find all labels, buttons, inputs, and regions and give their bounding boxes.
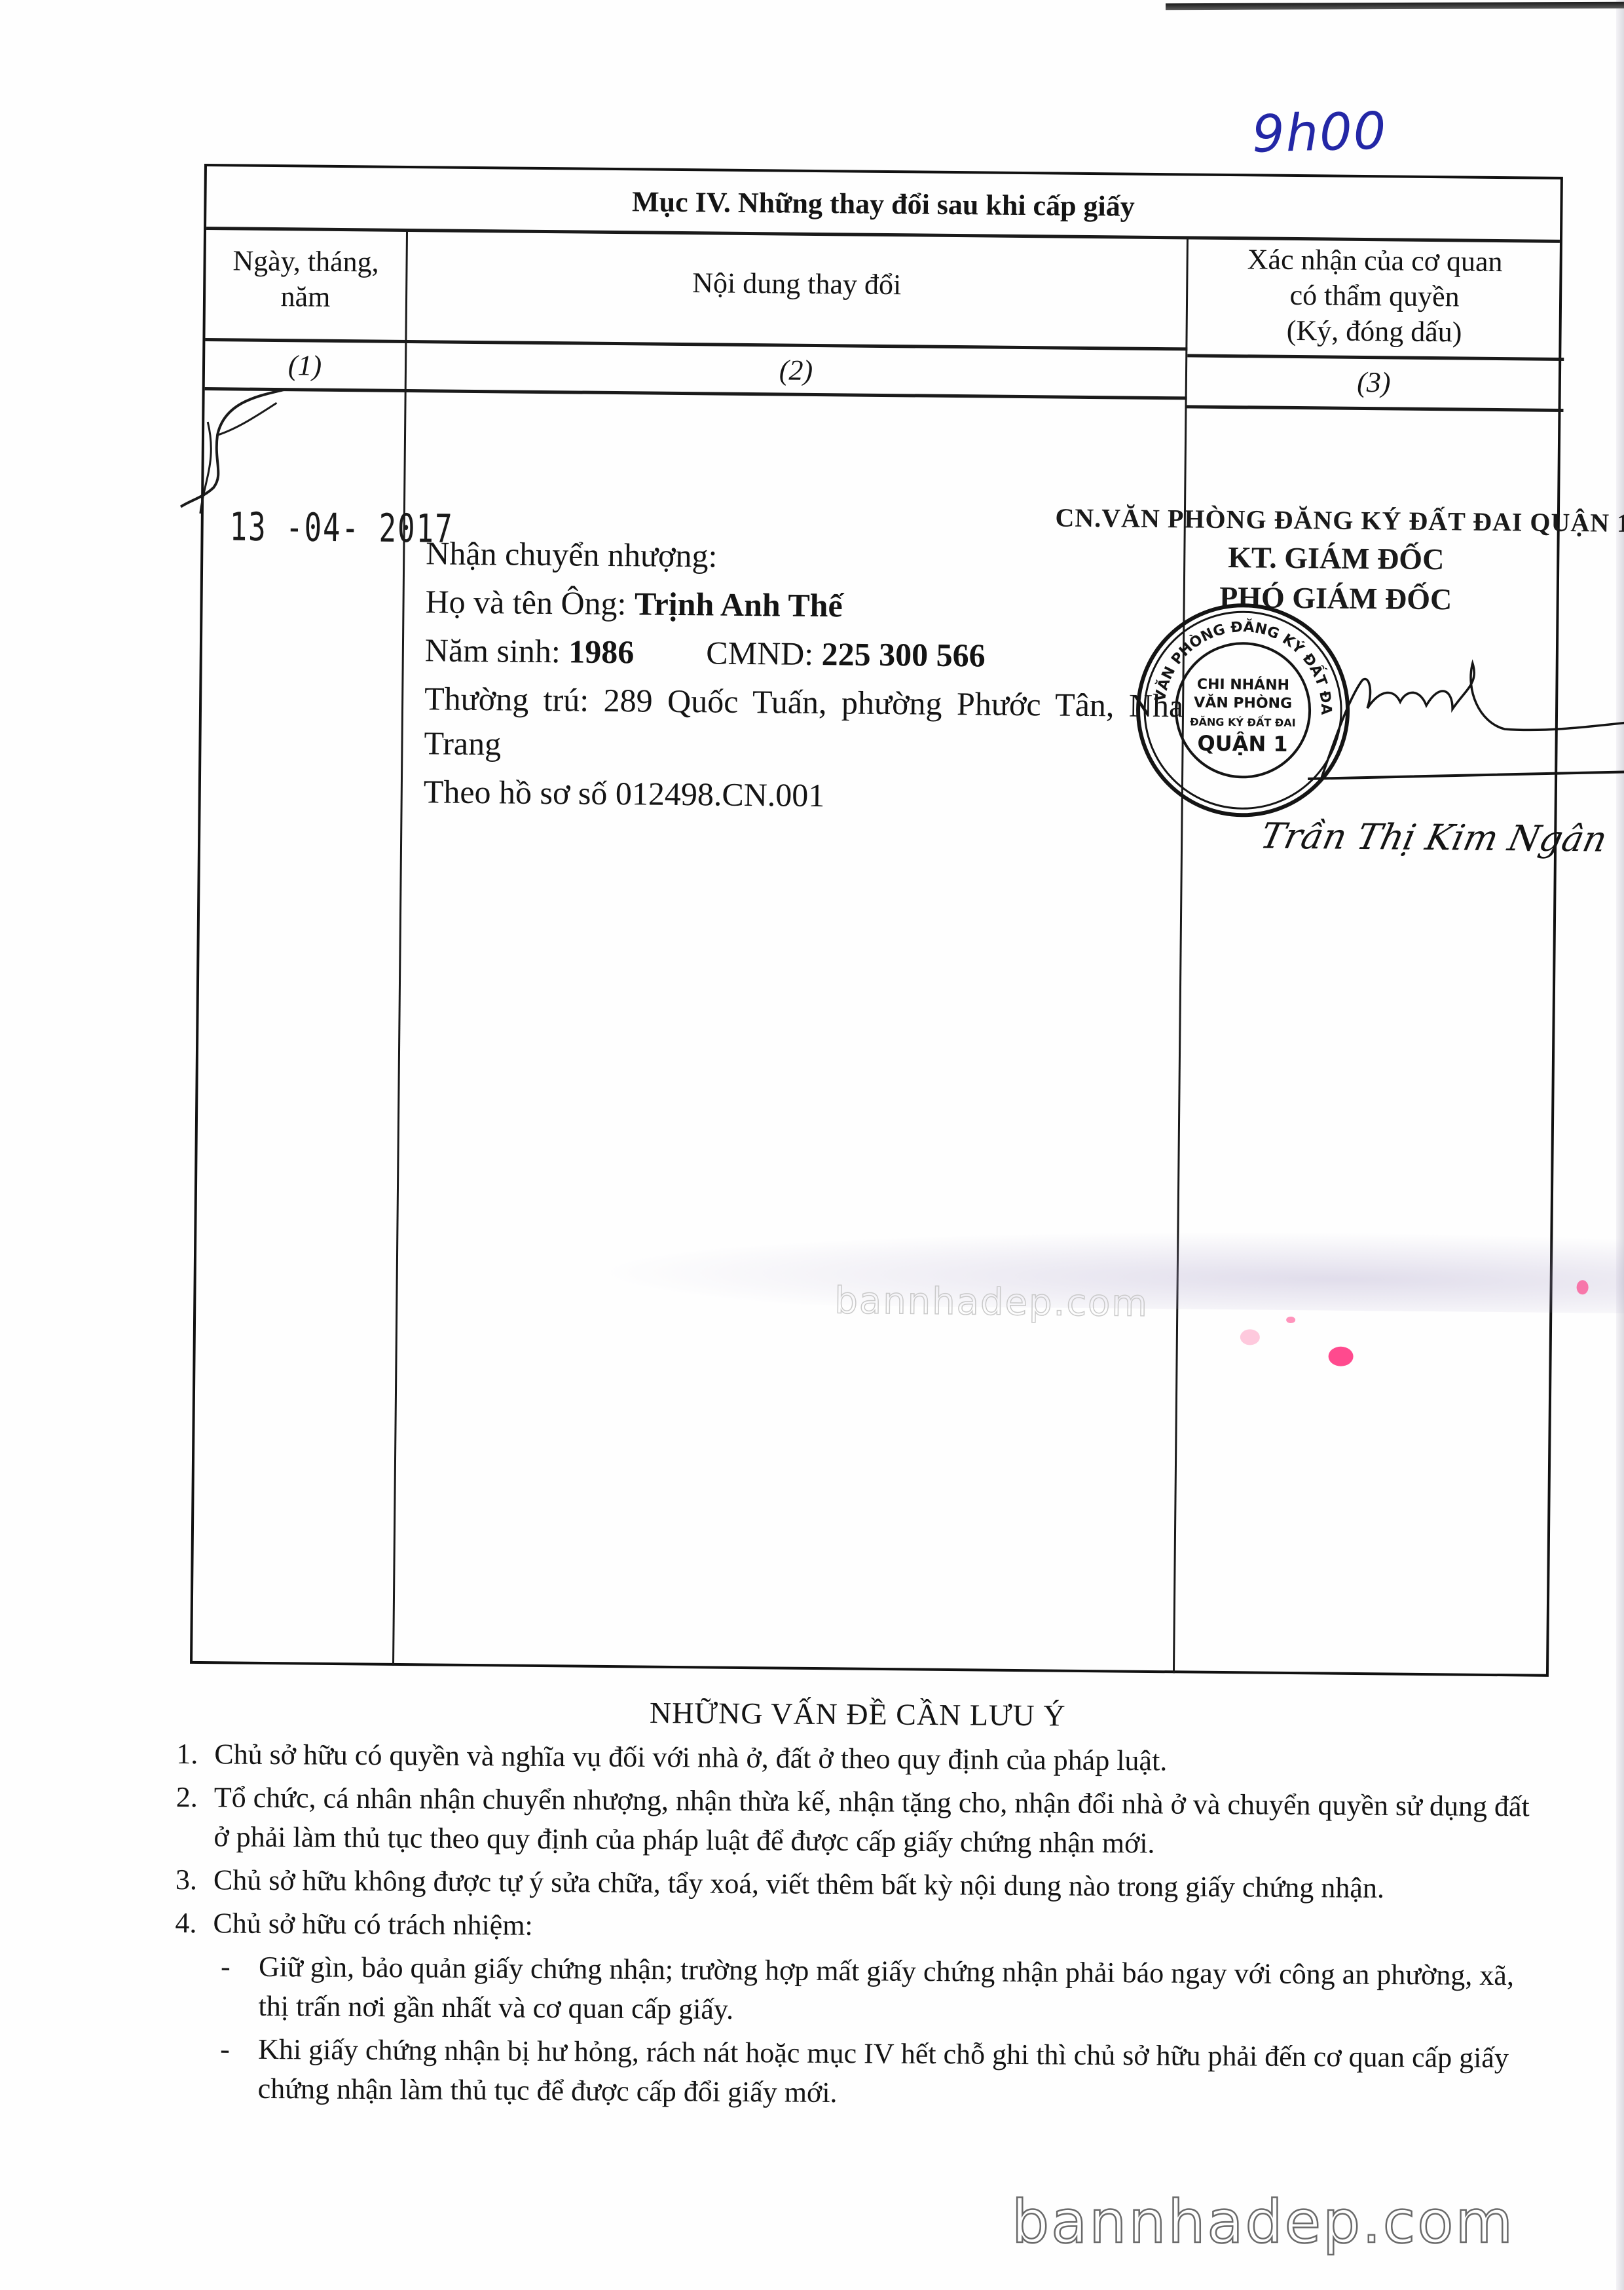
notes-item: 2. Tổ chức, cá nhân nhận chuyển nhượng, … (175, 1778, 1538, 1866)
changes-table: Mục IV. Những thay đổi sau khi cấp giấy … (190, 164, 1563, 1683)
notes-heading: NHỮNG VẤN ĐỀ CẦN LƯU Ý (177, 1690, 1539, 1739)
seal-inner-line: ĐĂNG KÝ ĐẤT ĐAI (1190, 714, 1296, 729)
notes-subitem-text: Khi giấy chứng nhận bị hư hỏng, rách nát… (258, 2030, 1537, 2118)
seal-inner-line: QUẬN 1 (1197, 731, 1287, 757)
column-number: (1) (205, 341, 405, 389)
seal-inner-line: VĂN PHÒNG (1194, 694, 1292, 712)
column-header-confirmation: Xác nhận của cơ quan có thẩm quyền (Ký, … (1187, 239, 1562, 352)
authority-role-1: KT. GIÁM ĐỐC (1041, 538, 1624, 578)
notes-item: 1. Chủ sở hữu có quyền và nghĩa vụ đối v… (176, 1735, 1538, 1784)
notes-item-text: Chủ sở hữu có trách nhiệm: (213, 1904, 1537, 1952)
residence-line: Thường trú: 289 Quốc Tuấn, phường Phước … (424, 674, 1185, 730)
column-divider (1173, 238, 1189, 1673)
notes-item-text: Tổ chức, cá nhân nhận chuyển nhượng, nhậ… (213, 1778, 1538, 1866)
notes-item: 3. Chủ sở hữu không được tự ý sửa chữa, … (175, 1860, 1538, 1909)
ink-stain (1286, 1317, 1295, 1323)
handwritten-time-note: 9h00 (1251, 102, 1388, 164)
ink-stain (1577, 1280, 1589, 1294)
ink-stain (1240, 1329, 1260, 1345)
document-page: 9h00 Mục IV. Những thay đổi sau khi cấp … (0, 0, 1624, 2290)
notes-subitem-text: Giữ gìn, bảo quản giấy chứng nhận; trườn… (258, 1947, 1537, 2035)
column-header-date: Ngày, tháng, năm (206, 230, 406, 329)
header-line: có thẩm quyền (1247, 277, 1502, 315)
seal-inner-line: CHI NHÁNH (1197, 676, 1289, 694)
bullet-dash: - (220, 2029, 259, 2108)
header-line: (Ký, đóng dấu) (1246, 312, 1502, 350)
header-line: Ngày, tháng, (232, 243, 379, 280)
page-edge (1616, 0, 1624, 2290)
signer-name: Trần Thị Kim Ngân (1257, 816, 1611, 860)
name-label: Họ và tên Ông: (425, 583, 635, 622)
initial-signature-scribble (177, 383, 329, 515)
id-number: 225 300 566 (821, 635, 986, 673)
bullet-dash: - (220, 1947, 259, 2025)
authority-organization: CN.VĂN PHÒNG ĐĂNG KÝ ĐẤT ĐAI QUẬN 1 (1048, 502, 1624, 538)
scan-top-edge (1166, 2, 1624, 10)
column-header-content: Nội dung thay đổi (407, 232, 1187, 336)
notes-item: 4. Chủ sở hữu có trách nhiệm: (175, 1904, 1537, 1953)
notes-item-index: 2. (175, 1778, 214, 1856)
table-frame: Mục IV. Những thay đổi sau khi cấp giấy … (190, 164, 1563, 1677)
notes-item-text: Chủ sở hữu không được tự ý sửa chữa, tẩy… (213, 1860, 1538, 1909)
notes-item-index: 1. (176, 1735, 214, 1774)
file-reference: Theo hồ sơ số 012498.CN.001 (423, 767, 1183, 823)
notes-item-index: 3. (175, 1860, 213, 1900)
header-line: Nội dung thay đổi (692, 265, 901, 303)
owner-name: Trịnh Anh Thế (635, 585, 843, 624)
watermark-center: bannhadep.com (834, 1279, 1149, 1325)
id-label: CMND: (706, 634, 822, 672)
header-line: năm (232, 278, 379, 315)
column-divider (392, 231, 408, 1666)
notes-subitem: - Khi giấy chứng nhận bị hư hỏng, rách n… (220, 2029, 1537, 2117)
handwritten-signature (1308, 648, 1624, 797)
notes-section: NHỮNG VẤN ĐỀ CẦN LƯU Ý 1. Chủ sở hữu có … (174, 1690, 1539, 2122)
notes-subitem: - Giữ gìn, bảo quản giấy chứng nhận; trư… (220, 1947, 1537, 2035)
watermark-bottom: bannhadep.com (1012, 2188, 1515, 2257)
birth-year: 1986 (568, 633, 635, 670)
column-number: (3) (1187, 357, 1561, 406)
birth-label: Năm sinh: (425, 631, 569, 669)
header-line: Xác nhận của cơ quan (1247, 242, 1503, 280)
birth-id-line: Năm sinh: 1986CMND: 225 300 566 (425, 626, 1185, 681)
entry-date: 13 -04- 2017 (229, 504, 454, 552)
column-number: (2) (407, 343, 1186, 396)
notes-item-index: 4. (175, 1904, 213, 1943)
ink-stain (1328, 1347, 1353, 1366)
notes-item-text: Chủ sở hữu có quyền và nghĩa vụ đối với … (214, 1735, 1538, 1783)
